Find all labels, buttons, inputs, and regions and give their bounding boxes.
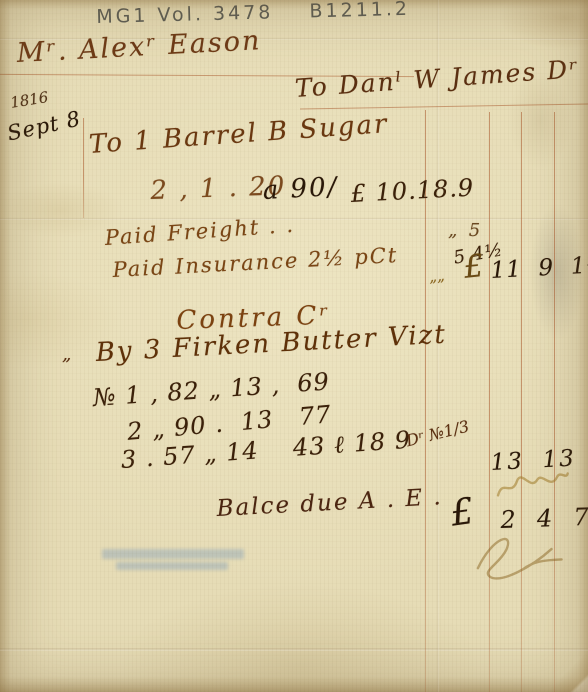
date-label: Sept 8 — [5, 106, 83, 145]
ledger-item-sugar: To 1 Barrel B Sugar — [88, 109, 389, 160]
date-column-rule — [83, 118, 84, 218]
sugar-amount: £ 10.18.9 — [350, 174, 475, 208]
money-column-rule-2 — [489, 112, 490, 692]
balance-label: Balce due A . E . — [216, 484, 443, 522]
creditor-underline — [300, 103, 588, 109]
year-label: 1816 — [9, 88, 50, 112]
freight-amount: „ 5 — [448, 220, 480, 241]
archive-annotation: MG1 Vol. 3478 B1211.2 — [96, 0, 410, 28]
money-column-rule-4 — [554, 112, 555, 692]
creditor-line: To Danˡ W James Dʳ — [294, 54, 581, 103]
insurance-ditto-marks: „„ — [428, 266, 445, 286]
balance-pound-sign: £ — [448, 491, 476, 535]
debit-total-pound-sign: £ — [462, 248, 485, 286]
debit-total-amount: 11 9 1½ — [490, 252, 588, 284]
freight-label: Paid Freight . . — [104, 213, 296, 250]
manuscript-page: MG1 Vol. 3478 B1211.2 Mʳ. Alexʳ Eason To… — [0, 0, 588, 692]
sugar-rate: a 90/ — [262, 172, 339, 206]
fold-crease-bottom — [0, 648, 588, 651]
credit-row-3-note: Dʳ №1/3 — [404, 416, 471, 450]
insurance-label: Paid Insurance 2½ pCt — [112, 243, 399, 282]
money-column-rule-3 — [521, 112, 522, 692]
bent-corner — [518, 622, 588, 692]
credit-ditto-mark: „ — [62, 344, 71, 365]
addressee-line: Mʳ. Alexʳ Eason — [16, 25, 262, 69]
